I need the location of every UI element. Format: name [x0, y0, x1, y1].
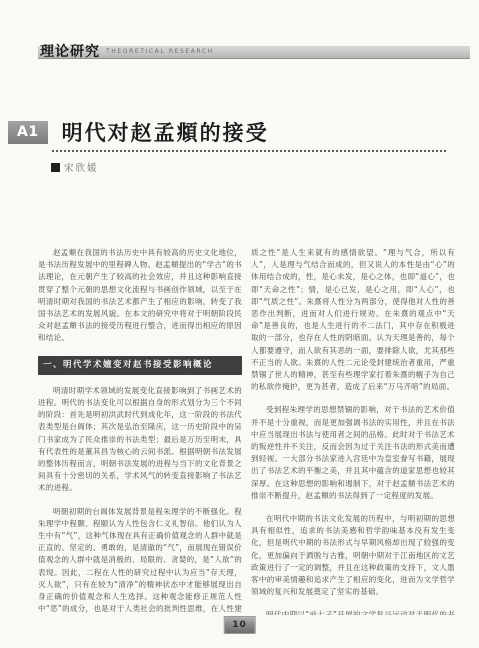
author-bullet-icon [51, 163, 60, 172]
section-title-en: THEORETICAL RESEARCH [106, 48, 214, 55]
journal-page: 理论研究 THEORETICAL RESEARCH A1 明代对赵孟頫的接受 宋… [0, 0, 479, 648]
title-divider [52, 150, 446, 152]
article-badge: A1 [8, 121, 48, 144]
left-column: 赵孟頫在我国的书法历史中具有较高的历史文化地位，是书法历程发展中的里程碑人物。赵… [38, 247, 242, 615]
title-block: A1 明代对赵孟頫的接受 [8, 117, 455, 147]
paragraph: 在明代中期的书法文化发展的历程中，与明初期的思想具有相似性，追求的书法美感和哲学… [251, 513, 455, 598]
section-heading: 一、明代学术嬗变对赵书接受影响概论 [38, 356, 242, 375]
paragraph: 明清时期学术领域的发展变化直接影响到了书画艺术的进程。明代的书法变化可以根据自身… [38, 385, 242, 495]
article-body: 赵孟頫在我国的书法历史中具有较高的历史文化地位，是书法历程发展中的里程碑人物。赵… [38, 247, 455, 615]
section-header-bar: 理论研究 THEORETICAL RESEARCH [38, 46, 470, 59]
page-number: 10 [223, 616, 256, 634]
paragraph: 明朝初期的台阁体发展背景是程朱理学的不断强化。程朱理学中程颢、程颐认为人性包含仁… [38, 506, 242, 615]
author-line: 宋欣媛 [51, 160, 99, 174]
paragraph-continuation: 质之性”是人生来就有的感情欲望。“理与气合，所以有人”，人是理与气结合而成的，但… [251, 247, 455, 393]
article-title: 明代对赵孟頫的接受 [62, 117, 269, 147]
paragraph: 受到程朱理学的思想禁锢的影响，对于书法的艺术价值并不是十分重视，而是更加强调书法… [251, 404, 455, 502]
right-column: 质之性”是人生来就有的感情欲望。“理与气合，所以有人”，人是理与气结合而成的，但… [251, 247, 455, 615]
paragraph: 明代中期以“前七子”开展的文学复兴运动对于明代的书法发展和演变具有十分重要的作用… [251, 609, 455, 615]
section-title-cn: 理论研究 [40, 45, 100, 59]
author-name: 宋欣媛 [64, 160, 99, 174]
paragraph: 赵孟頫在我国的书法历史中具有较高的历史文化地位，是书法历程发展中的里程碑人物。赵… [38, 247, 242, 345]
